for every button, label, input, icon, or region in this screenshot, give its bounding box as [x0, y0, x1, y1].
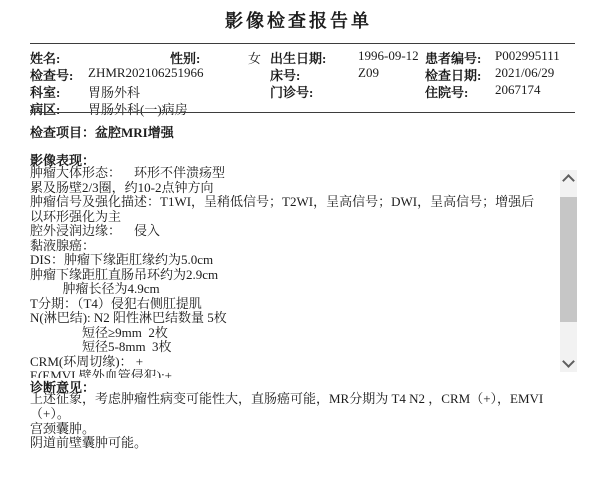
chevron-up-icon	[562, 174, 575, 187]
text-line: 短径5-8mm 3枚	[30, 340, 554, 355]
chevron-down-icon	[562, 355, 575, 368]
text-line: 上述征象，考虑肿瘤性病变可能性大，直肠癌可能，MR分期为 T4 N2 ，CRM（…	[30, 392, 575, 407]
exam-no-value: ZHMR202106251966	[88, 65, 204, 81]
text-line: 宫颈囊肿。	[30, 422, 575, 437]
text-line: E(EMVI 壁外血管侵犯):+	[30, 369, 554, 378]
text-line: DIS：肿瘤下缘距肛缘约为5.0cm	[30, 253, 554, 268]
findings-scroll-area[interactable]: 肿瘤大体形态： 环形不伴溃疡型累及肠壁2/3圈，约10-2点钟方向肿瘤信号及强化…	[30, 166, 554, 378]
text-line: 肿瘤下缘距肛直肠吊环约为2.9cm	[30, 268, 554, 283]
text-line: （+）。	[30, 407, 575, 422]
ward-label: 病区:	[30, 99, 60, 118]
text-line: 短径≥9mm 2枚	[30, 326, 554, 341]
findings-scrollbar[interactable]	[560, 170, 577, 372]
scrollbar-thumb[interactable]	[560, 197, 577, 322]
text-line: 阴道前壁囊肿可能。	[30, 436, 575, 451]
page-title: 影像检查报告单	[0, 7, 597, 33]
text-line: N(淋巴结): N2 阳性淋巴结数量 5枚	[30, 311, 554, 326]
text-line: 腔外浸润边缘： 侵入	[30, 224, 554, 239]
admission-no-value: 2067174	[495, 82, 541, 98]
birth-date-value: 1996-09-12	[358, 48, 419, 64]
exam-item-value: 盆腔MRI增强	[95, 122, 174, 141]
exam-item-label: 检查项目：	[30, 122, 95, 141]
header-row-2: 检查号: ZHMR202106251966 床号: Z09 检查日期: 2021…	[30, 65, 582, 82]
scroll-up-button[interactable]	[560, 170, 577, 188]
patient-no-value: P002995111	[495, 48, 560, 64]
text-line: 肿瘤长径为4.9cm	[30, 282, 554, 297]
header-top-divider	[30, 43, 575, 44]
text-line: 肿瘤信号及强化描述：T1WI，呈稍低信号；T2WI，呈高信号；DWI，呈高信号；…	[30, 195, 554, 210]
diagnosis-text: 上述征象，考虑肿瘤性病变可能性大，直肠癌可能，MR分期为 T4 N2 ，CRM（…	[30, 392, 575, 451]
scroll-down-button[interactable]	[560, 354, 577, 372]
header-row-4: 病区: 胃肠外科(一)病房	[30, 99, 582, 116]
text-line: CRM(环周切缘)： +	[30, 355, 554, 370]
text-line: 以环形强化为主	[30, 210, 554, 225]
text-line: 累及肠壁2/3圈，约10-2点钟方向	[30, 181, 554, 196]
text-line: 肿瘤大体形态： 环形不伴溃疡型	[30, 166, 554, 181]
ward-value: 胃肠外科(一)病房	[88, 99, 188, 118]
header-bottom-divider	[30, 112, 575, 113]
header-row-3: 科室: 胃肠外科 门诊号: 住院号: 2067174	[30, 82, 582, 99]
bed-no-value: Z09	[358, 65, 379, 81]
header-row-1: 姓名: 性别: 女 出生日期: 1996-09-12 患者编号: P002995…	[30, 48, 582, 65]
text-line: 黏液腺癌：	[30, 239, 554, 254]
exam-date-value: 2021/06/29	[495, 65, 554, 81]
text-line: T分期：（T4）侵犯右侧肛提肌	[30, 297, 554, 312]
report-page: 影像检查报告单 姓名: 性别: 女 出生日期: 1996-09-12 患者编号:…	[0, 0, 597, 491]
